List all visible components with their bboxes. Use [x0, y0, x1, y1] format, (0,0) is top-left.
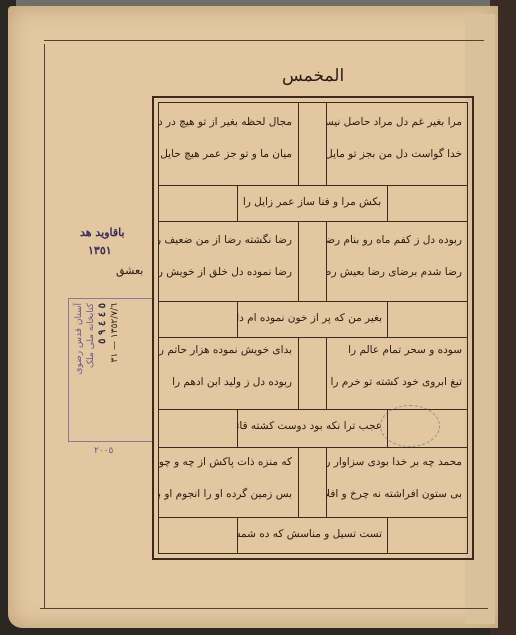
- stanza-pair: سوده و سحر تمام عالم را تیغ ابروی خود کش…: [159, 337, 467, 410]
- refrain-line: بکش مرا و فنا ساز عمر زایل را: [237, 195, 387, 209]
- refrain-line: تست تسیل و مناسش که ده شمس و بدر را: [237, 527, 387, 541]
- verse-table-inner: مرا بغیر غم دل مراد حاصل نیست خدا گواست …: [158, 102, 468, 554]
- right-hemistich-cell: سوده و سحر تمام عالم را تیغ ابروی خود کش…: [326, 337, 467, 409]
- stanza-refrain: بکش مرا و فنا ساز عمر زایل را: [159, 185, 467, 222]
- stanza-pair: محمد چه بر خدا بودی سزاوار رو روا بی ستو…: [159, 447, 467, 518]
- stamp-number: ٥ ٤ ٤ ٩ ٥: [97, 303, 109, 437]
- refrain-center-cell: تست تسیل و مناسش که ده شمس و بدر را: [237, 517, 388, 553]
- stanza-pair: ربوده دل ز کفم ماه رو بنام رضا رضا شدم ب…: [159, 221, 467, 302]
- left-hemistich-cell: که منزه ذات پاکش از چه و چون و چرا بس زم…: [159, 447, 297, 517]
- refrain-side-cell: [159, 301, 238, 337]
- margin-rule-top: [44, 40, 484, 41]
- verse-line: تیغ ابروی خود کشته تو خرم را: [327, 375, 467, 389]
- refrain-center-cell: عجب ترا نکه بود دوست کشته قاتل را: [237, 409, 388, 447]
- verse-line: سوده و سحر تمام عالم را: [327, 343, 467, 357]
- left-hemistich-cell: رضا نگشته رضا از من ضعیف رضا رضا نموده د…: [159, 221, 297, 301]
- verse-line: رضا نگشته رضا از من ضعیف رضا: [159, 233, 297, 247]
- library-stamp: آستان قدس رضوی کتابخانه ملی ملک ٥ ٤ ٤ ٩ …: [68, 298, 154, 442]
- margin-rule-left: [44, 44, 45, 609]
- gap-cell: [298, 337, 327, 409]
- right-hemistich-cell: ربوده دل ز کفم ماه رو بنام رضا رضا شدم ب…: [326, 221, 467, 301]
- refrain-side-cell: [387, 517, 467, 553]
- verse-line: ربوده دل ز کفم ماه رو بنام رضا: [327, 233, 467, 247]
- refrain-center-cell: بکش مرا و فنا ساز عمر زایل را: [237, 185, 388, 221]
- refrain-line: عجب ترا نکه بود دوست کشته قاتل را: [237, 419, 387, 433]
- verse-line: رضا نموده دل خلق از خویش رضا: [159, 265, 297, 279]
- verse-line: محمد چه بر خدا بودی سزاوار رو روا: [327, 455, 467, 469]
- stamp-line: کتابخانه ملی ملک: [85, 303, 97, 437]
- right-hemistich-cell: محمد چه بر خدا بودی سزاوار رو روا بی ستو…: [326, 447, 467, 517]
- verse-line: بی ستون افراشته نه چرخ و افلاک و سما: [327, 487, 467, 501]
- seal-stamp: [380, 405, 440, 447]
- year-note: ١٣٥١: [88, 244, 112, 257]
- refrain-side-cell: [387, 185, 467, 221]
- handwritten-ref: ١٣٥٢/٧/٦ — ٣١: [109, 303, 121, 437]
- refrain-side-cell: [387, 301, 467, 337]
- refrain-side-cell: [159, 185, 238, 221]
- verse-table: مرا بغیر غم دل مراد حاصل نیست خدا گواست …: [152, 96, 474, 560]
- refrain-line: بغیر من که پر از خون نموده ام دل را: [237, 311, 387, 325]
- verse-line: مرا بغیر غم دل مراد حاصل نیست: [327, 115, 467, 129]
- verse-line: مجال لحظه بغیر از تو هیچ در دل نیست: [159, 115, 297, 129]
- left-hemistich-cell: بدای خویش نموده هزار حاتم را ربوده دل ز …: [159, 337, 297, 409]
- margin-rule-bottom: [40, 608, 488, 609]
- left-hemistich-cell: مجال لحظه بغیر از تو هیچ در دل نیست میان…: [159, 103, 297, 185]
- verse-line: خدا گواست دل من بجز تو مایل نیست: [327, 147, 467, 161]
- verse-line: که منزه ذات پاکش از چه و چون و چرا: [159, 455, 297, 469]
- right-hemistich-cell: مرا بغیر غم دل مراد حاصل نیست خدا گواست …: [326, 103, 467, 185]
- stanza-refrain: بغیر من که پر از خون نموده ام دل را: [159, 301, 467, 338]
- gap-cell: [298, 221, 327, 301]
- stamp-line: آستان قدس رضوی: [73, 303, 85, 437]
- verse-line: میان ما و تو جز عمر هیچ حایل نیست: [159, 147, 297, 161]
- refrain-side-cell: [159, 409, 238, 447]
- library-label: باقاوید هد: [80, 226, 125, 239]
- verse-line: ربوده دل ز ولید ابن ادهم را: [159, 375, 297, 389]
- stamp-text: آستان قدس رضوی کتابخانه ملی ملک ٥ ٤ ٤ ٩ …: [69, 299, 153, 441]
- gap-cell: [298, 103, 327, 185]
- verse-line: رضا شدم برضای رضا بعیش رضا: [327, 265, 467, 279]
- stanza-pair: مرا بغیر غم دل مراد حاصل نیست خدا گواست …: [159, 103, 467, 186]
- bottom-number: ٢٠٠٥: [94, 446, 113, 456]
- verse-line: بس زمین گرده او را انجوم او بر ضیاء: [159, 487, 297, 501]
- small-note: بعشق: [116, 264, 143, 277]
- stanza-refrain: تست تسیل و مناسش که ده شمس و بدر را: [159, 517, 467, 553]
- refrain-center-cell: بغیر من که پر از خون نموده ام دل را: [237, 301, 388, 337]
- refrain-side-cell: [159, 517, 238, 553]
- gap-cell: [298, 447, 327, 517]
- page-title: المخمس: [282, 66, 344, 86]
- verse-line: بدای خویش نموده هزار حاتم را: [159, 343, 297, 357]
